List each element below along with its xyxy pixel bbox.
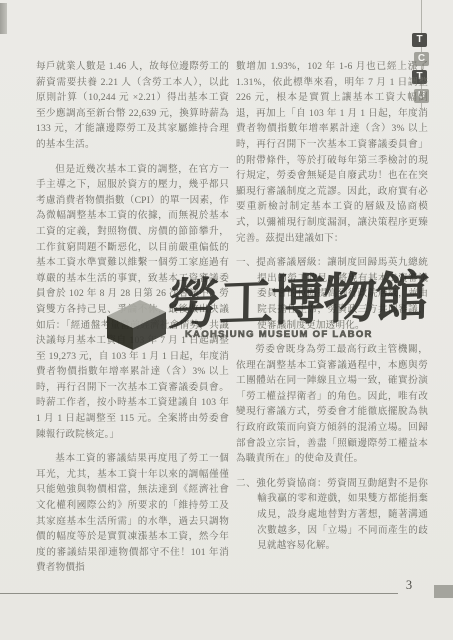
footer-rule — [0, 593, 398, 594]
footer-gray-block — [434, 585, 453, 598]
paragraph: 但是近幾次基本工資的調整，在官方一手主導之下，屈服於資方的壓力，幾乎都只考慮消費… — [36, 162, 229, 443]
right-column: 數增加 1.93%，102 年 1-6 月也已經上漲了 1.31%，依此標準來看… — [236, 59, 428, 563]
side-tab-t1: T — [412, 33, 427, 47]
page-number: 3 — [402, 578, 416, 593]
list-item-1: 一、提高審議層級：讓制度回歸馬英九總統提出的勞工政見，將現有基本工資審議委員會的… — [236, 255, 428, 333]
paragraph: 數增加 1.93%，102 年 1-6 月也已經上漲了 1.31%，依此標準來看… — [236, 59, 428, 246]
paragraph: 勞委會既身為勞工最高行政主管機關，依理在調整基本工資審議過程中，本應與勞工團體站… — [236, 342, 428, 467]
scan-artifact — [0, 3, 7, 34]
left-column: 每戶就業人數是 1.46 人，故每位邊際勞工的薪資需要扶養 2.21 人（含勞工… — [36, 59, 229, 585]
paragraph: 基本工資的審議結果再度甩了勞工一個耳光，尤其，基本工資十年以來的調幅僅僅只能勉強… — [36, 451, 229, 576]
list-item-2: 二、強化勞資協商：勞資間互動絕對不是你輸我贏的零和遊戲，如果雙方都能捐棄成見，設… — [236, 476, 428, 554]
paragraph: 每戶就業人數是 1.46 人，故每位邊際勞工的薪資需要扶養 2.21 人（含勞工… — [36, 59, 229, 153]
document-page: T C T U 每戶就業人數是 1.46 人，故每位邊際勞工的薪資需要扶養 2.… — [0, 0, 453, 640]
